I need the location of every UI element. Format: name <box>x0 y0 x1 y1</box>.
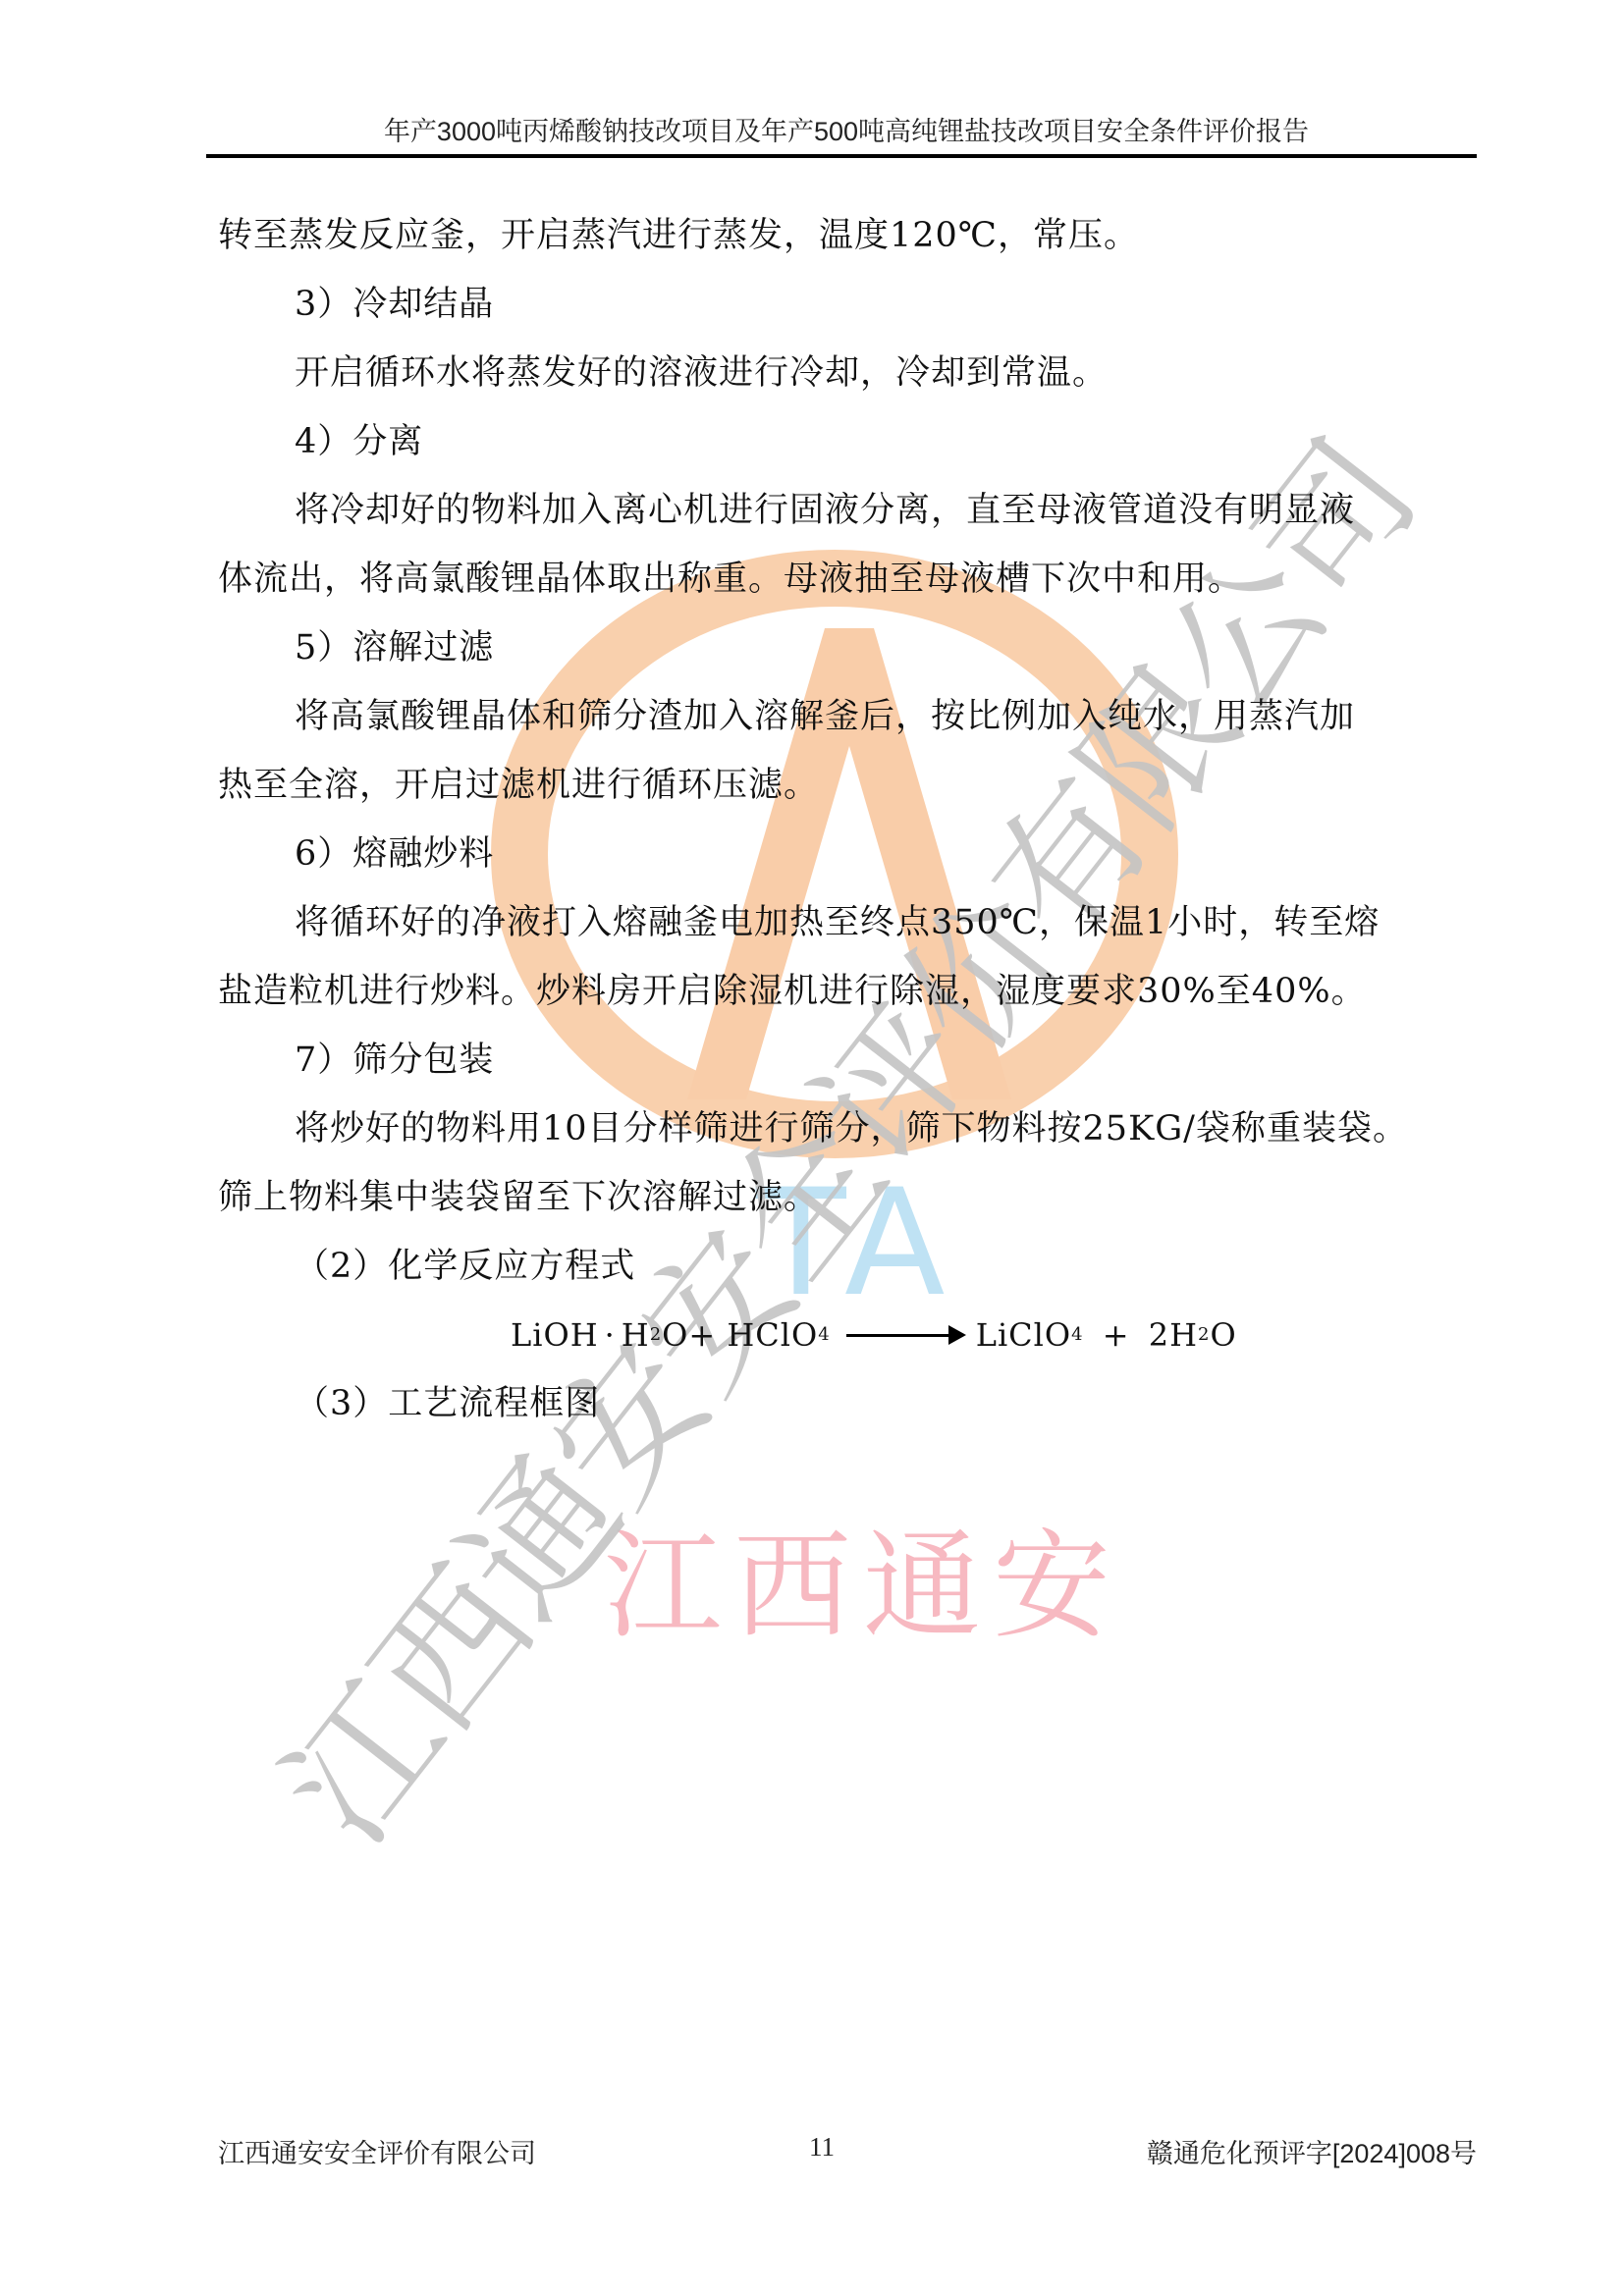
step-heading: 3）冷却结晶 <box>218 270 1475 339</box>
paragraph-line: 将炒好的物料用10目分样筛进行筛分，筛下物料按25KG/袋称重装袋。 <box>218 1095 1475 1163</box>
page-footer: 江西通安安全评价有限公司 11 赣通危化预评字[2024]008号 <box>218 2132 1477 2175</box>
paragraph-line: 体流出，将高氯酸锂晶体取出称重。母液抽至母液槽下次中和用。 <box>218 545 1475 614</box>
step-heading: 6）熔融炒料 <box>218 820 1475 888</box>
paragraph-line: 将高氯酸锂晶体和筛分渣加入溶解釜后，按比例加入纯水，用蒸汽加 <box>218 682 1475 751</box>
step-heading: 5）溶解过滤 <box>218 614 1475 682</box>
paragraph-line: 转至蒸发反应釜，开启蒸汽进行蒸发，温度120℃，常压。 <box>218 201 1475 270</box>
watermark-pink-text: 江西通安 <box>604 1492 1122 1661</box>
paragraph-line: 筛上物料集中装袋留至下次溶解过滤。 <box>218 1163 1475 1232</box>
paragraph-line: 将循环好的净液打入熔融釜电加热至终点350℃，保温1小时，转至熔 <box>218 888 1475 957</box>
footer-doc-number: 赣通危化预评字[2024]008号 <box>1147 2132 1477 2170</box>
equation-subscript: 2 <box>650 1301 662 1369</box>
footer-company: 江西通安安全评价有限公司 <box>218 2132 536 2170</box>
equation-term: H <box>622 1301 650 1369</box>
chemical-equation: LiOH · H2 O+ HClO4 LiClO4 + 2H2 O <box>218 1301 1475 1369</box>
equation-plus: + <box>1092 1301 1141 1369</box>
equation-term: O+ HClO <box>662 1301 818 1369</box>
paragraph-line: 盐造粒机进行炒料。炒料房开启除湿机进行除湿，湿度要求30%至40%。 <box>218 957 1475 1026</box>
document-body: 转至蒸发反应釜，开启蒸汽进行蒸发，温度120℃，常压。 3）冷却结晶 开启循环水… <box>218 201 1475 1438</box>
step-heading: 7）筛分包装 <box>218 1026 1475 1095</box>
reaction-arrow-icon <box>846 1334 962 1337</box>
paragraph-line: 热至全溶，开启过滤机进行循环压滤。 <box>218 751 1475 820</box>
section-heading-reaction: （2）化学反应方程式 <box>218 1232 1475 1301</box>
page-header-title: 年产3000吨丙烯酸钠技改项目及年产500吨高纯锂盐技改项目安全条件评价报告 <box>216 110 1477 148</box>
equation-term: LiOH <box>511 1301 599 1369</box>
equation-dot: · <box>605 1301 616 1369</box>
step-heading: 4）分离 <box>218 407 1475 476</box>
paragraph-line: 开启循环水将蒸发好的溶液进行冷却，冷却到常温。 <box>218 339 1475 407</box>
equation-subscript: 2 <box>1198 1301 1210 1369</box>
equation-subscript: 4 <box>818 1301 830 1369</box>
paragraph-line: 将冷却好的物料加入离心机进行固液分离，直至母液管道没有明显液 <box>218 476 1475 545</box>
equation-term: O <box>1210 1301 1236 1369</box>
equation-subscript: 4 <box>1071 1301 1083 1369</box>
equation-term: LiClO <box>976 1301 1071 1369</box>
section-heading-flowchart: （3）工艺流程框图 <box>218 1369 1475 1438</box>
header-rule <box>206 154 1477 158</box>
equation-term: 2H <box>1149 1301 1198 1369</box>
page-number: 11 <box>809 2132 835 2163</box>
